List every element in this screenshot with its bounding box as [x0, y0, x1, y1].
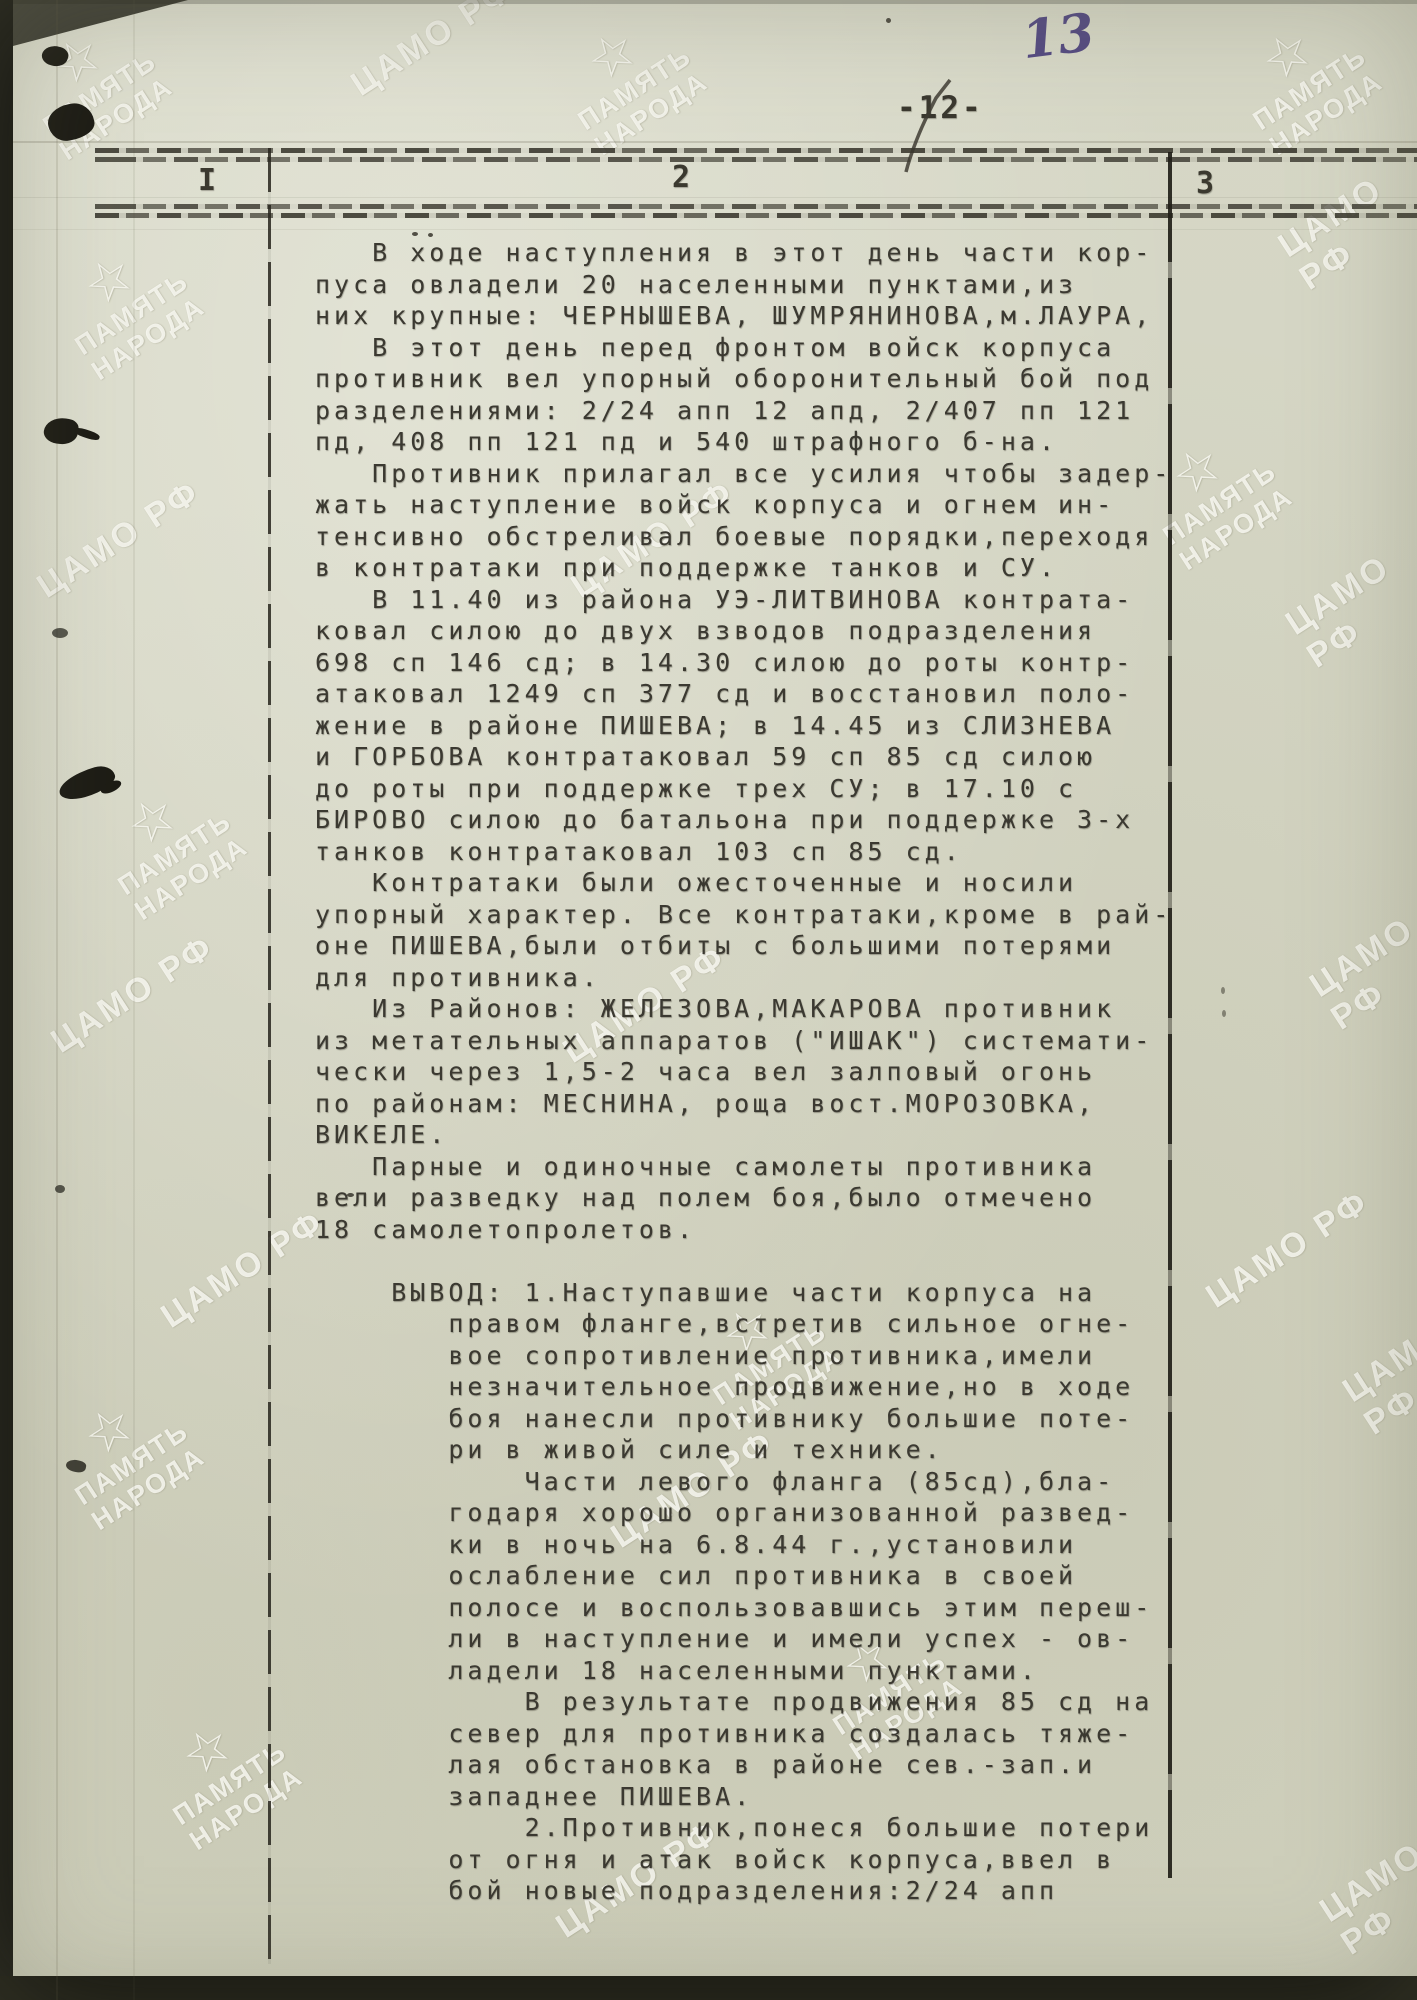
watermark-camo: ЦАМО РФ — [1336, 1315, 1417, 1444]
typed-text-line: танков контратаковал 103 сп 85 сд. — [315, 837, 1185, 869]
typed-text-line: вое сопротивление противника,имели — [315, 1341, 1185, 1373]
watermark-memory: ☆ ПАМЯТЬ НАРОДА — [1220, 0, 1388, 161]
typed-text-line: В результате продвижения 85 сд на — [315, 1687, 1185, 1719]
watermark-camo: ЦАМО РФ — [344, 0, 521, 104]
watermark-memory: ☆ ПАМЯТЬ НАРОДА — [42, 224, 210, 386]
handwritten-page-number: 13 — [1019, 2, 1098, 71]
typed-text-line: чески через 1,5-2 часа вел залповый огон… — [315, 1057, 1185, 1089]
typed-text-line: боя нанесли противнику большие поте- — [315, 1404, 1185, 1436]
star-icon: ☆ — [42, 1374, 177, 1486]
typed-text-line: 2.Противник,понеся большие потери — [315, 1813, 1185, 1845]
column-header-3: 3 — [1196, 166, 1214, 201]
typed-text-line: полосе и воспользовавшись этим переш- — [315, 1593, 1185, 1625]
typed-text-line: ВИКЕЛЕ. — [315, 1120, 1185, 1152]
scan-edge-top — [13, 0, 1417, 4]
ink-speck — [886, 18, 891, 23]
ink-speck — [1222, 1010, 1226, 1017]
typed-text-line: для противника. — [315, 963, 1185, 995]
typed-text-line: тенсивно обстреливал боевые порядки,пере… — [315, 522, 1185, 554]
typed-text-line: ки в ночь на 6.8.44 г.,установили — [315, 1530, 1185, 1562]
typed-text-line: оне ПИШЕВА,были отбиты с большими потеря… — [315, 931, 1185, 963]
typed-text-line: Противник прилагал все усилия чтобы заде… — [315, 459, 1185, 491]
ink-speck — [428, 233, 433, 237]
ink-blot — [65, 1458, 87, 1474]
paper-crease — [56, 0, 58, 2000]
typed-text-line: в контратаки при поддержке танков и СУ. — [315, 553, 1185, 585]
typed-text-column: В ходе наступления в этот день части кор… — [315, 238, 1185, 1908]
typed-text-line: из метательных аппаратов ("ИШАК") систем… — [315, 1026, 1185, 1058]
ink-speck — [412, 232, 418, 236]
typed-text-line: противник вел упорный оборонительный бой… — [315, 364, 1185, 396]
typed-text-line: годаря хорошо организованной развед- — [315, 1498, 1185, 1530]
typed-text-line: Из Районов: ЖЕЛЕЗОВА,МАКАРОВА противник — [315, 994, 1185, 1026]
typed-text-line: бой новые подразделения:2/24 апп — [315, 1876, 1185, 1908]
scanned-document-page: ЦАМО РФ ЦАМО РФ ЦАМО РФ ЦАМО РФ ЦАМО РФ … — [0, 0, 1417, 2000]
ink-blot — [52, 628, 68, 638]
table-rule-top — [95, 148, 1417, 166]
typed-text-line: В 11.40 из района УЭ-ЛИТВИНОВА контрата- — [315, 585, 1185, 617]
typed-text-line: Парные и одиночные самолеты противника — [315, 1152, 1185, 1184]
typed-text-line: по районам: МЕСНИНА, роща вост.МОРОЗОВКА… — [315, 1089, 1185, 1121]
paper-corner-fold — [13, 0, 188, 46]
typed-text-line: Части левого фланга (85сд),бла- — [315, 1467, 1185, 1499]
typed-text-line: ладели 18 населенными пунктами. — [315, 1656, 1185, 1688]
typed-text-line: атаковал 1249 сп 377 сд и восстановил по… — [315, 679, 1185, 711]
column-header-1: I — [198, 163, 216, 198]
typed-text-line — [315, 1246, 1185, 1278]
typed-text-line: ри в живой силе и технике. — [315, 1435, 1185, 1467]
typed-text-line: и ГОРБОВА контратаковал 59 сп 85 сд сило… — [315, 742, 1185, 774]
typed-text-line: незначительное продвижение,но в ходе — [315, 1372, 1185, 1404]
paper-crease — [13, 229, 1417, 230]
typed-text-line: них крупные: ЧЕРНЫШЕВА, ШУМРЯНИНОВА,м.ЛА… — [315, 301, 1185, 333]
watermark-memory: ☆ ПАМЯТЬ НАРОДА — [140, 1694, 308, 1856]
ink-blot — [45, 100, 97, 143]
typed-text-line: западнее ПИШЕВА. — [315, 1782, 1185, 1814]
scan-edge-left — [0, 0, 13, 2000]
ink-blot — [55, 1185, 65, 1193]
watermark-memory: ☆ ПАМЯТЬ НАРОДА — [545, 0, 713, 161]
typed-text-line: разделениями: 2/24 апп 12 апд, 2/407 пп … — [315, 396, 1185, 428]
typed-text-line: жение в районе ПИШЕВА; в 14.45 из СЛИЗНЕ… — [315, 711, 1185, 743]
ink-blot — [73, 426, 100, 442]
paper-crease — [133, 0, 135, 2000]
typed-text-line: В ходе наступления в этот день части кор… — [315, 238, 1185, 270]
star-icon: ☆ — [140, 1694, 275, 1806]
scan-edge-bottom — [0, 1976, 1417, 2000]
typed-text-line: ВЫВОД: 1.Наступавшие части корпуса на — [315, 1278, 1185, 1310]
typed-text-line: 18 самолетопролетов. — [315, 1215, 1185, 1247]
table-divider-left — [268, 148, 271, 1964]
watermark-camo: ЦАМО РФ — [1313, 1835, 1417, 1964]
paper-crease — [13, 141, 1417, 143]
typed-text-line: до роты при поддержке трех СУ; в 17.10 с — [315, 774, 1185, 806]
typed-text-line: жать наступление войск корпуса и огнем и… — [315, 490, 1185, 522]
typed-text-line: Контратаки были ожесточенные и носили — [315, 868, 1185, 900]
column-header-2: 2 — [672, 160, 690, 195]
typed-text-line: ковал силою до двух взводов подразделени… — [315, 616, 1185, 648]
watermark-memory: ☆ ПАМЯТЬ НАРОДА — [42, 1374, 210, 1536]
typed-text-line: север для противника создалась тяже- — [315, 1719, 1185, 1751]
watermark-camo: ЦАМО РФ — [1279, 542, 1417, 677]
typed-text-line: от огня и атак войск корпуса,ввел в — [315, 1845, 1185, 1877]
typed-text-line: 698 сп 146 сд; в 14.30 силою до роты кон… — [315, 648, 1185, 680]
typed-text-line: ли в наступление и имели успех - ов- — [315, 1624, 1185, 1656]
typed-text-line: пд, 408 пп 121 пд и 540 штрафного б-на. — [315, 427, 1185, 459]
typed-text-line: БИРОВО силою до батальона при поддержке … — [315, 805, 1185, 837]
typed-text-line: вели разведку над полем боя,было отмечен… — [315, 1183, 1185, 1215]
ink-speck — [1221, 987, 1225, 994]
watermark-camo: ЦАМО РФ — [1303, 910, 1417, 1039]
typed-text-line: ослабление сил противника в своей — [315, 1561, 1185, 1593]
watermark-camo: ЦАМО РФ — [154, 1203, 331, 1337]
typed-text-line: правом фланге,встретив сильное огне- — [315, 1309, 1185, 1341]
typed-text-line: В этот день перед фронтом войск корпуса — [315, 333, 1185, 365]
watermark-camo: ЦАМО РФ — [1199, 1183, 1376, 1317]
star-icon: ☆ — [545, 0, 680, 111]
star-icon: ☆ — [1220, 0, 1355, 111]
typed-text-line: лая обстановка в районе сев.-зап.и — [315, 1750, 1185, 1782]
ink-blot — [40, 43, 70, 69]
table-rule-header-bottom — [95, 204, 1417, 222]
star-icon: ☆ — [42, 224, 177, 336]
typed-text-line: пуса овладели 20 населенными пунктами,из — [315, 270, 1185, 302]
typed-text-line: упорный характер. Все контратаки,кроме в… — [315, 900, 1185, 932]
